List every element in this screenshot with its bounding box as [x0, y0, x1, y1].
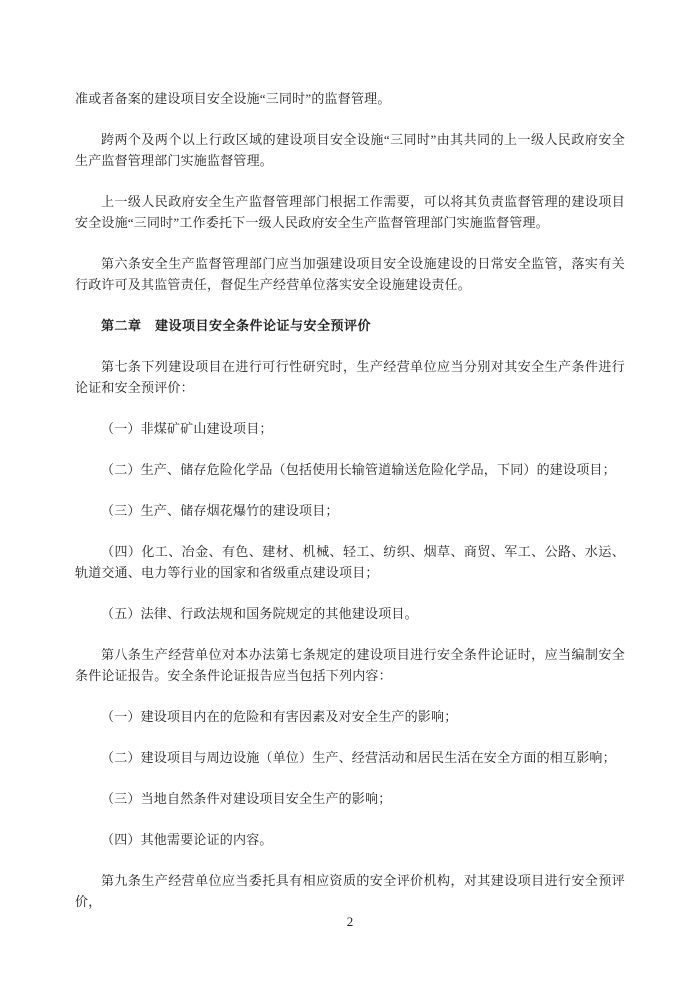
- article-7-item-5: （五）法律、行政法规和国务院规定的其他建设项目。: [75, 603, 625, 624]
- article-7-item-2: （二）生产、储存危险化学品（包括使用长输管道输送危险化学品，下同）的建设项目；: [75, 459, 625, 480]
- article-7-item-3: （三）生产、储存烟花爆竹的建设项目；: [75, 500, 625, 521]
- article-6: 第六条安全生产监督管理部门应当加强建设项目安全设施建设的日常安全监管，落实有关行…: [75, 253, 625, 295]
- paragraph-delegation: 上一级人民政府安全生产监督管理部门根据工作需要，可以将其负责监督管理的建设项目安…: [75, 191, 625, 233]
- document-page: 准或者备案的建设项目安全设施“三同时”的监督管理。 跨两个及两个以上行政区域的建…: [0, 0, 700, 990]
- article-7-intro: 第七条下列建设项目在进行可行性研究时，生产经营单位应当分别对其安全生产条件进行论…: [75, 356, 625, 398]
- article-7-item-1: （一）非煤矿矿山建设项目；: [75, 418, 625, 439]
- chapter-2-heading: 第二章 建设项目安全条件论证与安全预评价: [75, 315, 625, 336]
- paragraph-continuation: 准或者备案的建设项目安全设施“三同时”的监督管理。: [75, 88, 625, 109]
- article-7-item-4: （四）化工、冶金、有色、建材、机械、轻工、纺织、烟草、商贸、军工、公路、水运、轨…: [75, 541, 625, 583]
- article-8-item-4: （四）其他需要论证的内容。: [75, 829, 625, 850]
- article-9-intro: 第九条生产经营单位应当委托具有相应资质的安全评价机构，对其建设项目进行安全预评价…: [75, 870, 625, 912]
- article-8-intro: 第八条生产经营单位对本办法第七条规定的建设项目进行安全条件论证时，应当编制安全条…: [75, 644, 625, 686]
- page-number: 2: [0, 911, 700, 932]
- article-8-item-3: （三）当地自然条件对建设项目安全生产的影响；: [75, 788, 625, 809]
- article-8-item-1: （一）建设项目内在的危险和有害因素及对安全生产的影响；: [75, 706, 625, 727]
- article-8-item-2: （二）建设项目与周边设施（单位）生产、经营活动和居民生活在安全方面的相互影响；: [75, 747, 625, 768]
- document-body: 准或者备案的建设项目安全设施“三同时”的监督管理。 跨两个及两个以上行政区域的建…: [75, 88, 625, 932]
- paragraph-cross-region: 跨两个及两个以上行政区域的建设项目安全设施“三同时”由其共同的上一级人民政府安全…: [75, 129, 625, 171]
